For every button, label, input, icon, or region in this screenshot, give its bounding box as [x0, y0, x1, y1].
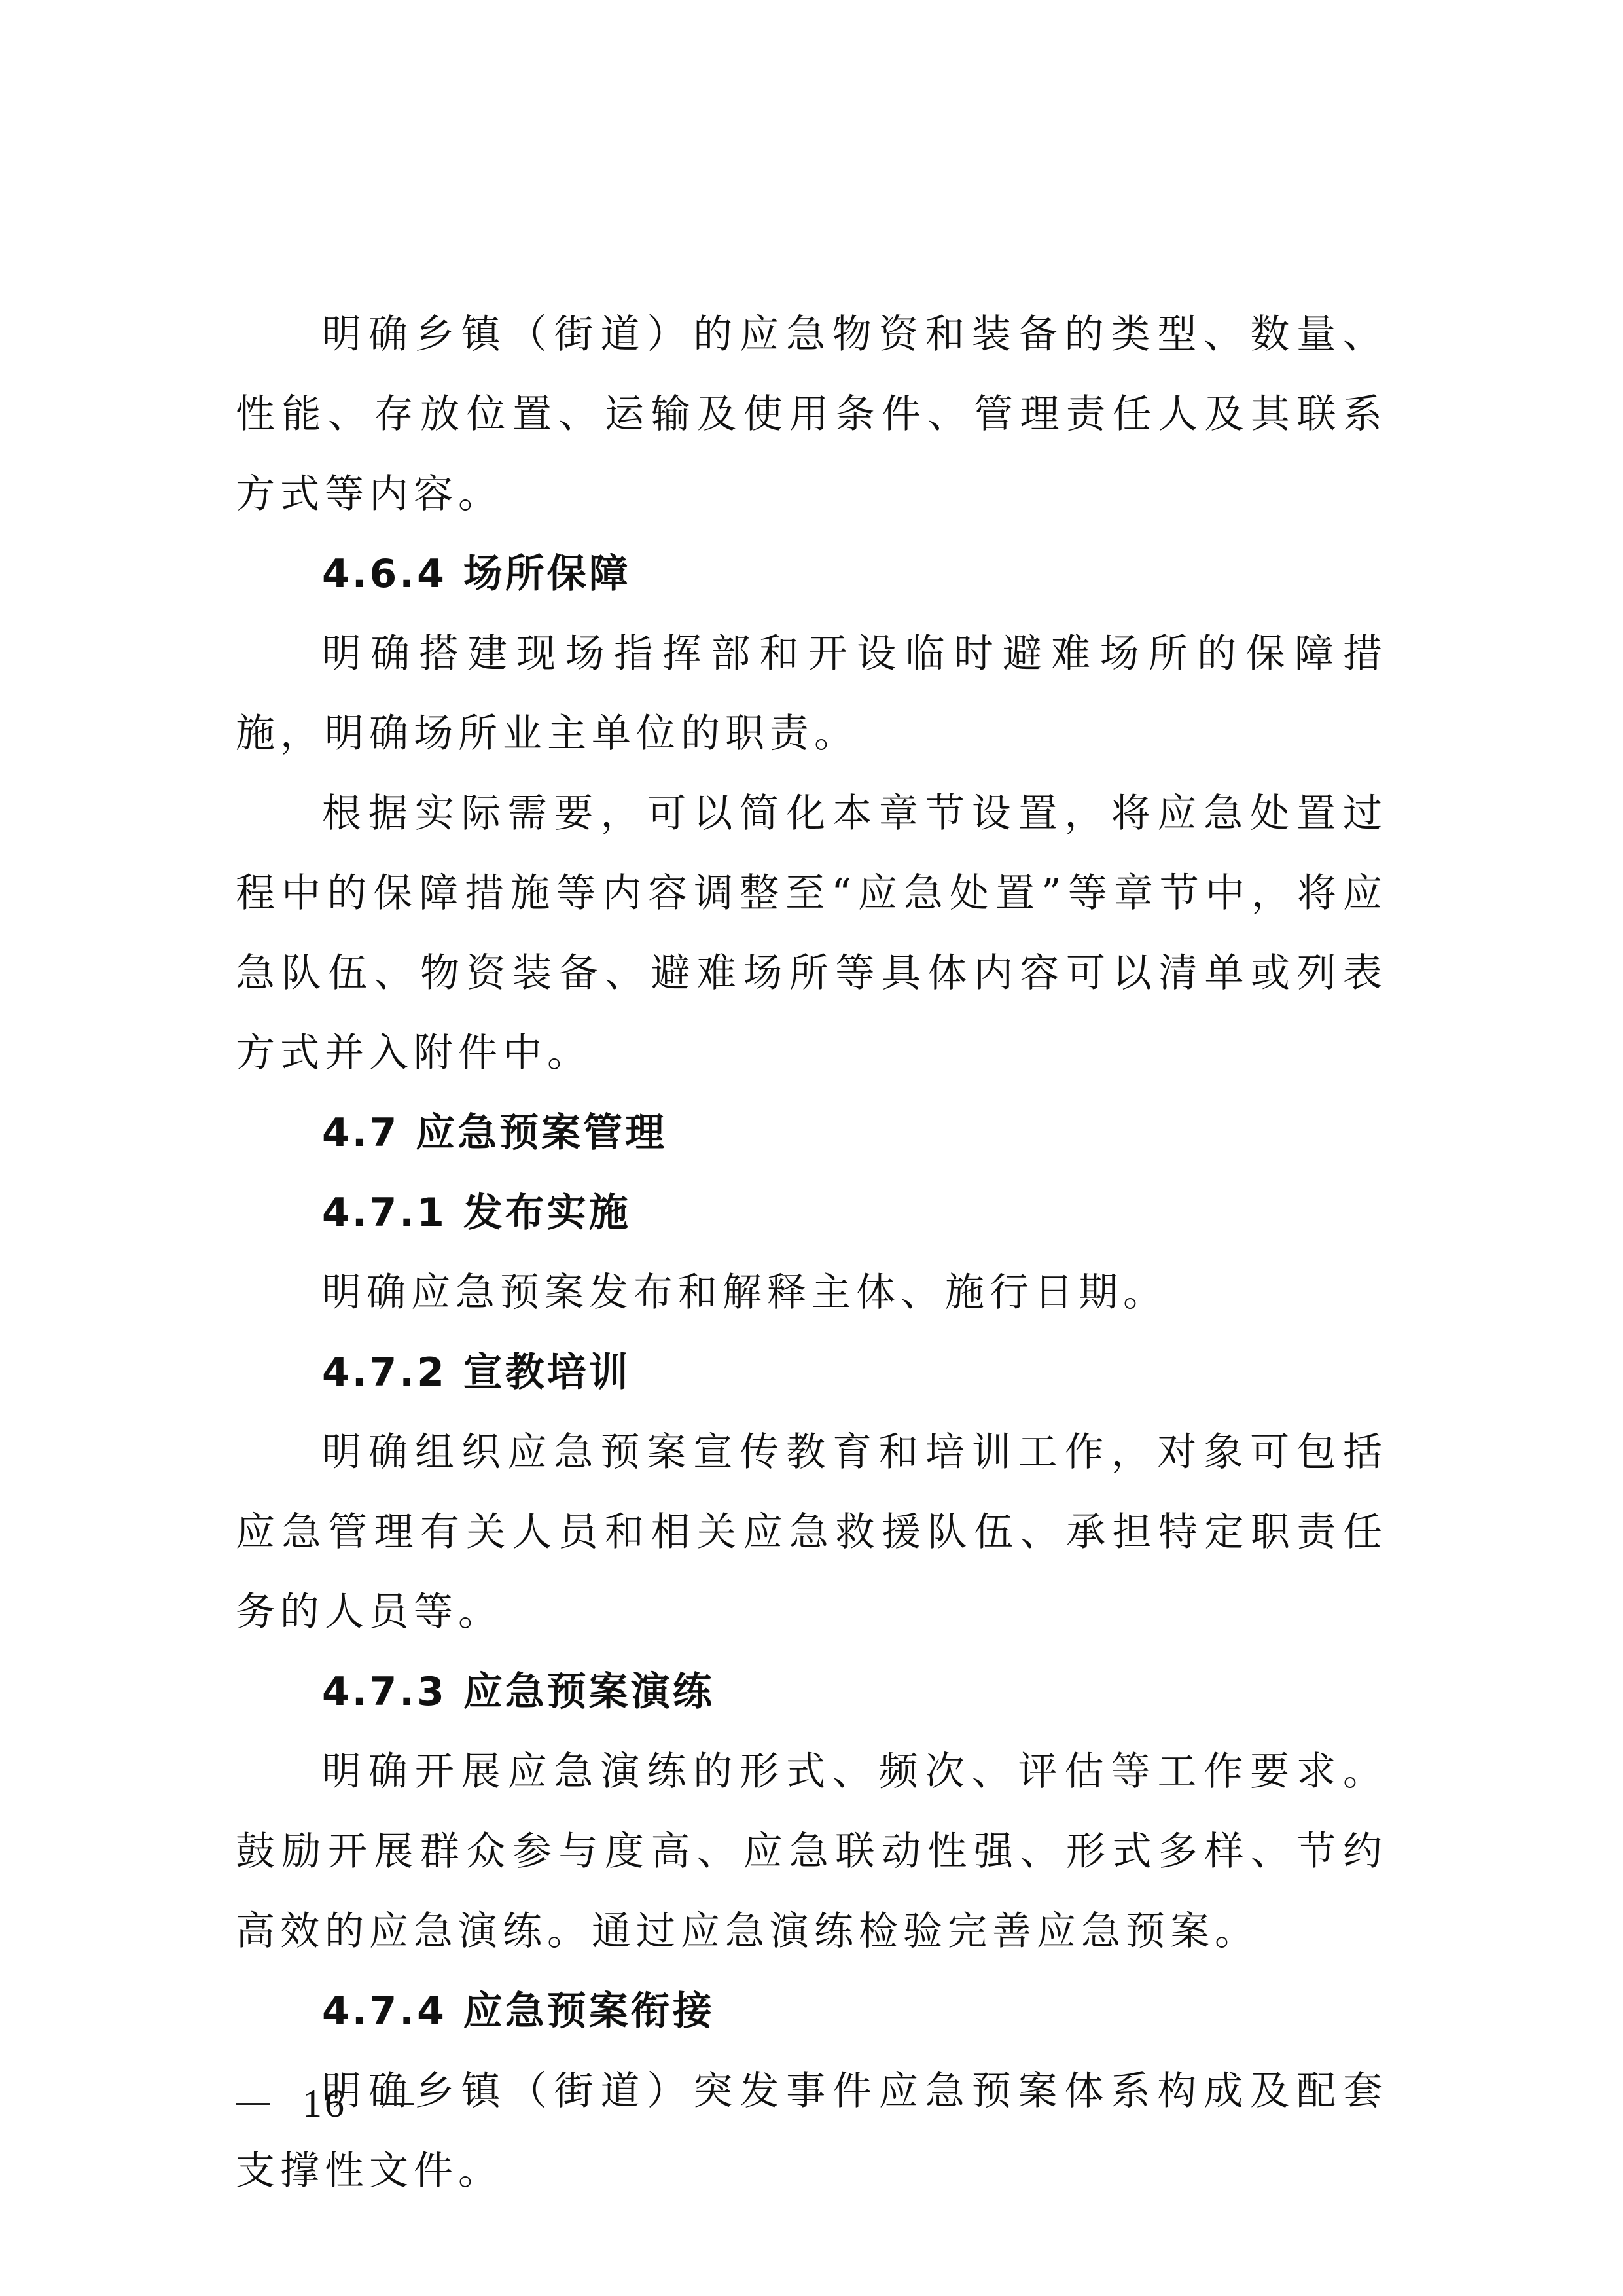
heading-4-7: 4.7 应急预案管理	[236, 1093, 1387, 1173]
paragraph-site-support: 明确搭建现场指挥部和开设临时避难场所的保障措施，明确场所业主单位的职责。	[236, 614, 1387, 774]
right-dash	[380, 2103, 414, 2105]
heading-4-6-4: 4.6.4 场所保障	[236, 534, 1387, 614]
document-page: 明确乡镇（街道）的应急物资和装备的类型、数量、性能、存放位置、运输及使用条件、管…	[236, 295, 1387, 2211]
paragraph-drill: 明确开展应急演练的形式、频次、评估等工作要求。鼓励开展群众参与度高、应急联动性强…	[236, 1732, 1387, 1971]
paragraph-supplies: 明确乡镇（街道）的应急物资和装备的类型、数量、性能、存放位置、运输及使用条件、管…	[236, 295, 1387, 534]
paragraph-training: 明确组织应急预案宣传教育和培训工作，对象可包括应急管理有关人员和相关应急救援队伍…	[236, 1412, 1387, 1652]
heading-4-7-3: 4.7.3 应急预案演练	[236, 1652, 1387, 1732]
heading-4-7-2: 4.7.2 宣教培训	[236, 1333, 1387, 1412]
page-number: 16	[302, 2081, 347, 2126]
left-dash	[236, 2103, 270, 2105]
heading-4-7-4: 4.7.4 应急预案衔接	[236, 1971, 1387, 2051]
paragraph-release: 明确应急预案发布和解释主体、施行日期。	[236, 1253, 1387, 1333]
heading-4-7-1: 4.7.1 发布实施	[236, 1173, 1387, 1253]
paragraph-linkage: 明确乡镇（街道）突发事件应急预案体系构成及配套支撑性文件。	[236, 2051, 1387, 2211]
page-number-footer: 16	[236, 2081, 414, 2126]
paragraph-simplify-note: 根据实际需要，可以简化本章节设置，将应急处置过程中的保障措施等内容调整至“应急处…	[236, 774, 1387, 1093]
